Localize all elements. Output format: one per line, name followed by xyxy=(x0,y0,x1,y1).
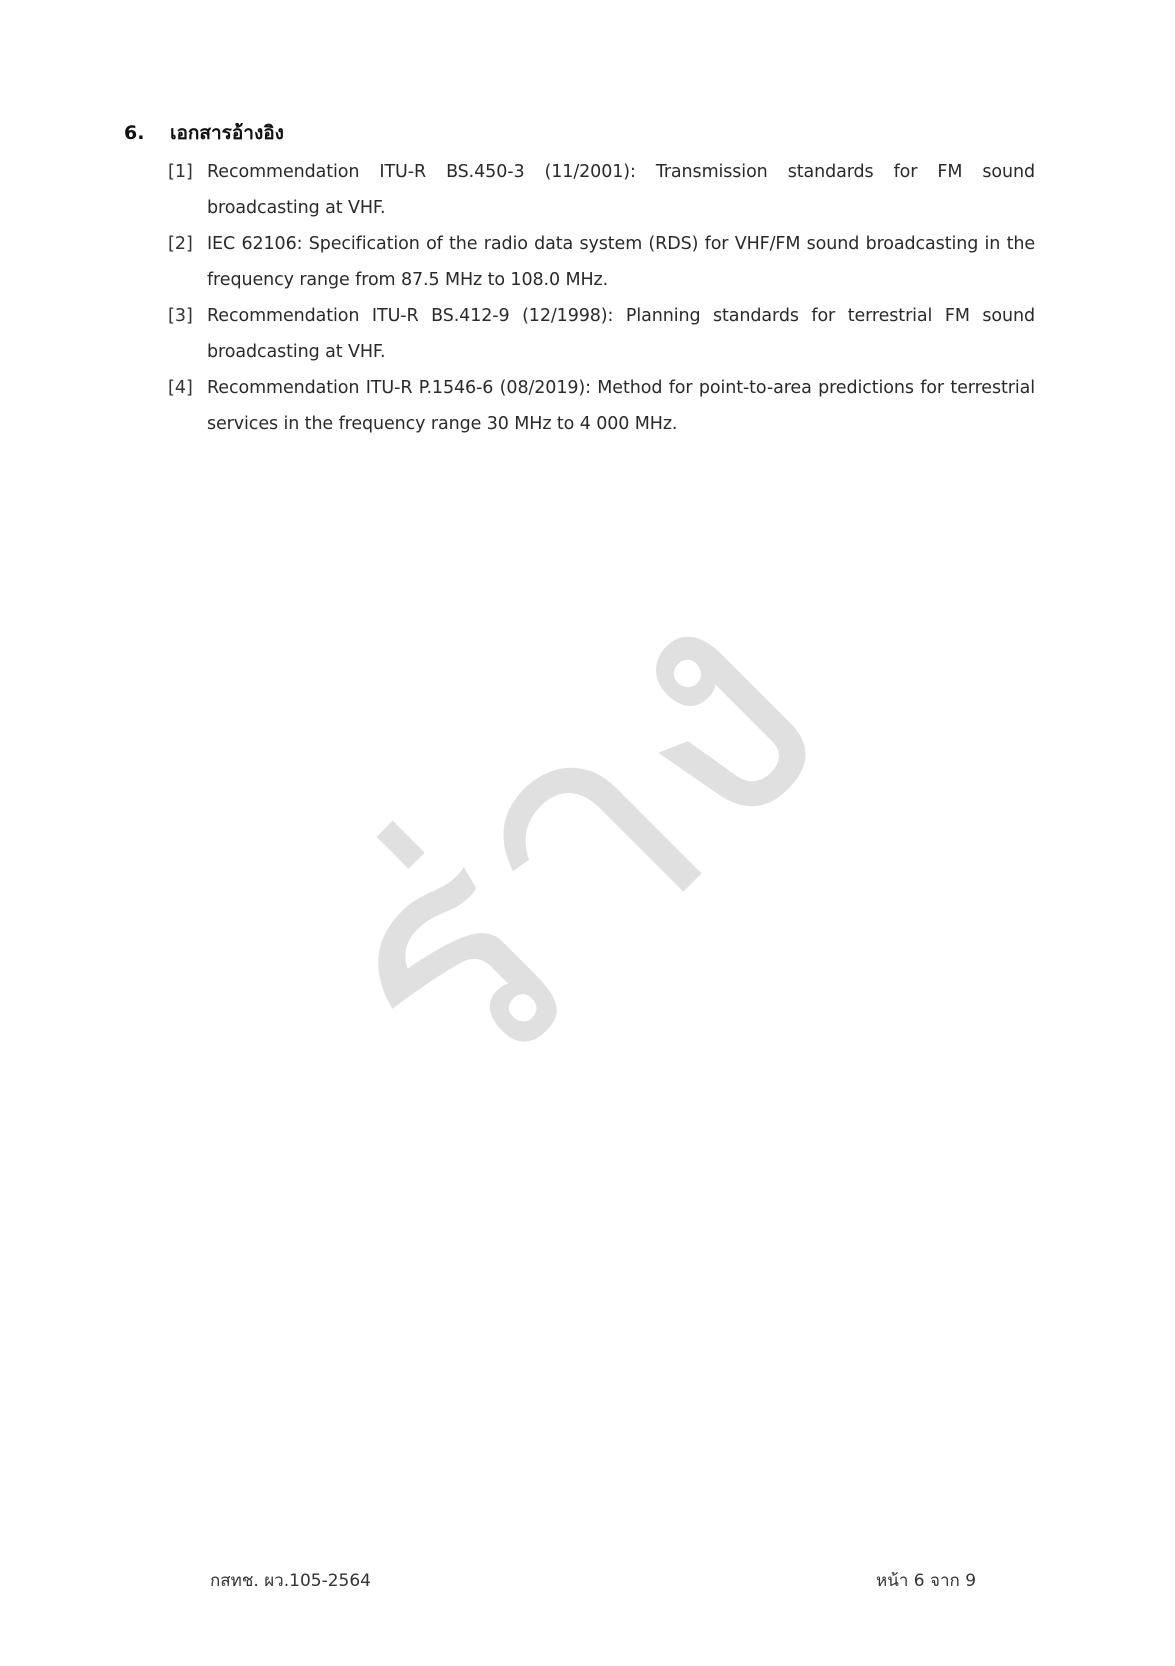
draft-watermark: ร่าง xyxy=(250,520,970,1240)
reference-number: [1] xyxy=(168,154,207,190)
section-title: เอกสารอ้างอิง xyxy=(170,118,284,148)
reference-text: Recommendation ITU-R BS.412-9 (12/1998):… xyxy=(207,298,1035,370)
reference-number: [3] xyxy=(168,298,207,334)
reference-item: [1] Recommendation ITU-R BS.450-3 (11/20… xyxy=(124,154,1039,226)
footer-page-indicator: หน้า 6 จาก 9 xyxy=(876,1567,976,1594)
reference-text: IEC 62106: Specification of the radio da… xyxy=(207,226,1035,298)
reference-list: [1] Recommendation ITU-R BS.450-3 (11/20… xyxy=(124,154,1039,442)
reference-item: [4] Recommendation ITU-R P.1546-6 (08/20… xyxy=(124,370,1039,442)
footer-document-code: กสทช. ผว.105-2564 xyxy=(210,1567,371,1594)
reference-item: [3] Recommendation ITU-R BS.412-9 (12/19… xyxy=(124,298,1039,370)
reference-number: [2] xyxy=(168,226,207,262)
reference-item: [2] IEC 62106: Specification of the radi… xyxy=(124,226,1039,298)
reference-text: Recommendation ITU-R BS.450-3 (11/2001):… xyxy=(207,154,1035,226)
section-number: 6. xyxy=(124,122,170,144)
references-section: 6. เอกสารอ้างอิง [1] Recommendation ITU-… xyxy=(124,118,1039,442)
reference-number: [4] xyxy=(168,370,207,406)
section-heading: 6. เอกสารอ้างอิง xyxy=(124,118,1039,154)
watermark-text: ร่าง xyxy=(251,521,893,1163)
reference-text: Recommendation ITU-R P.1546-6 (08/2019):… xyxy=(207,370,1035,442)
document-page: ร่าง 6. เอกสารอ้างอิง [1] Recommendation… xyxy=(0,0,1175,1666)
